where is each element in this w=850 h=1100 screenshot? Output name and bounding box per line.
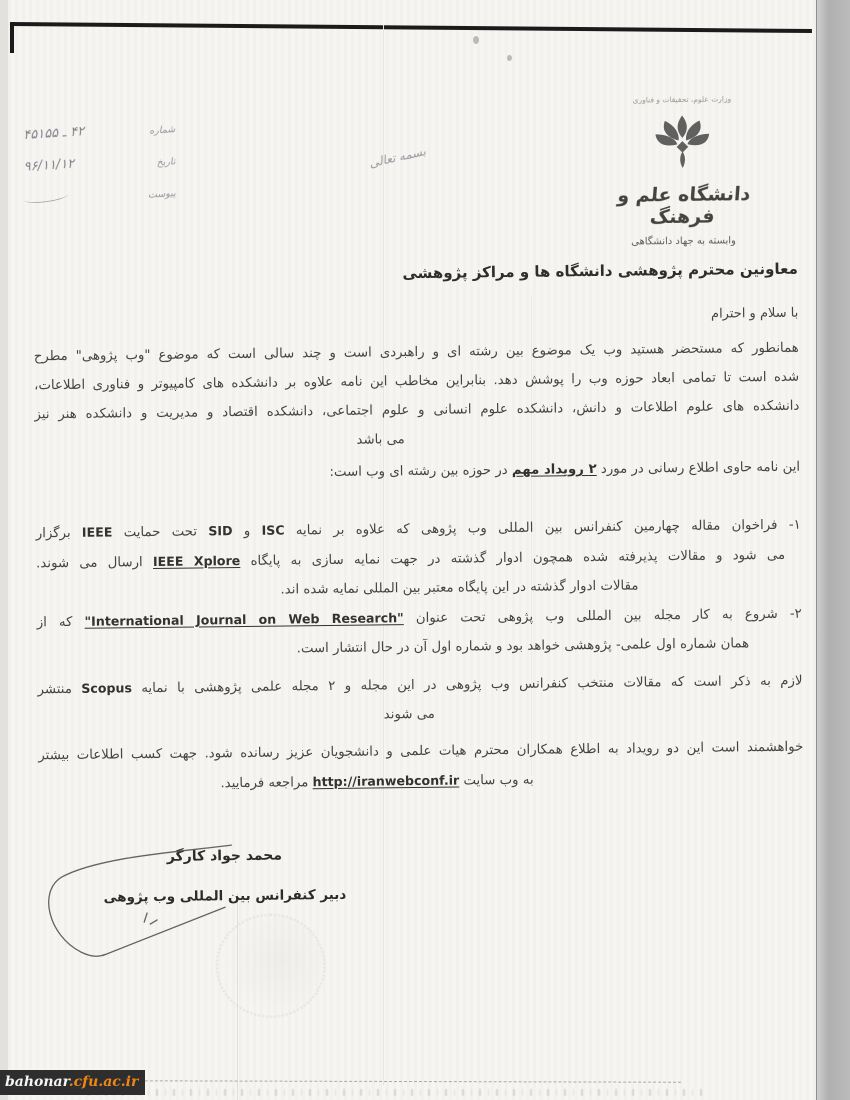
faint-stamp-mark	[215, 913, 326, 1018]
scan-right-band	[816, 0, 850, 1100]
watermark-suffix: .cfu.ac.ir	[69, 1074, 139, 1090]
university-flower-logo-icon	[650, 110, 715, 181]
letter-line: به وب سایت http://iranwebconf.ir مراجعه …	[38, 765, 533, 801]
letter-line: خواهشمند است این دو رویداد به اطلاع همکا…	[38, 733, 803, 771]
letterhead: وزارت علوم، تحقیقات و فناوری دانشگاه علم…	[592, 94, 774, 248]
ministry-line: وزارت علوم، تحقیقات و فناوری	[592, 94, 772, 105]
meta-number-row: شماره ۴۲ ـ ۴۵۱۵۵	[23, 125, 175, 159]
watermark-badge: bahonar.cfu.ac.ir	[0, 1070, 145, 1095]
university-affiliation: وابسته به جهاد دانشگاهی	[593, 235, 773, 248]
letter-line: می شوند	[38, 700, 435, 734]
letter-line: می باشد	[35, 425, 405, 458]
meta-attachment-row: پیوست	[24, 189, 176, 223]
number-label: شماره	[149, 124, 176, 137]
letter-line: لازم به ذکر است که مقالات منتخب کنفرانس …	[37, 666, 802, 705]
salutation: با سلام و احترام	[33, 304, 798, 333]
scanned-letter-screenshot: { "letterhead": { "ministry": "وزارت علو…	[0, 0, 850, 1100]
recipient-heading: معاونین محترم پژوهشی دانشگاه ها و مراکز …	[33, 258, 798, 289]
university-name: دانشگاه علم و فرهنگ	[591, 183, 774, 229]
meta-date-row: تاریخ ۹۶/۱۱/۱۲	[24, 157, 176, 191]
bismillah-handwriting: بسمه تعالی	[368, 144, 427, 170]
date-value: ۹۶/۱۱/۱۲	[23, 157, 75, 175]
photocopy-frame-tick	[10, 22, 14, 53]
letter-body: همانطور که مستحضر هستید وب یک موضوع بین …	[34, 334, 804, 801]
number-value: ۴۲ ـ ۴۵۱۵۵	[23, 124, 85, 143]
letter-content: شماره ۴۲ ـ ۴۵۱۵۵ تاریخ ۹۶/۱۱/۱۲ پیوست بس…	[30, 0, 807, 1100]
letter-meta-block: شماره ۴۲ ـ ۴۵۱۵۵ تاریخ ۹۶/۱۱/۱۲ پیوست	[23, 125, 176, 223]
attachment-label: پیوست	[148, 188, 176, 201]
attachment-scribble	[24, 189, 69, 205]
letter-line: این نامه حاوی اطلاع رسانی در مورد ۲ روید…	[35, 453, 800, 491]
letter-page: شماره ۴۲ ـ ۴۵۱۵۵ تاریخ ۹۶/۱۱/۱۲ پیوست بس…	[8, 0, 816, 1100]
watermark-prefix: bahonar	[5, 1074, 69, 1090]
date-label: تاریخ	[156, 156, 176, 168]
